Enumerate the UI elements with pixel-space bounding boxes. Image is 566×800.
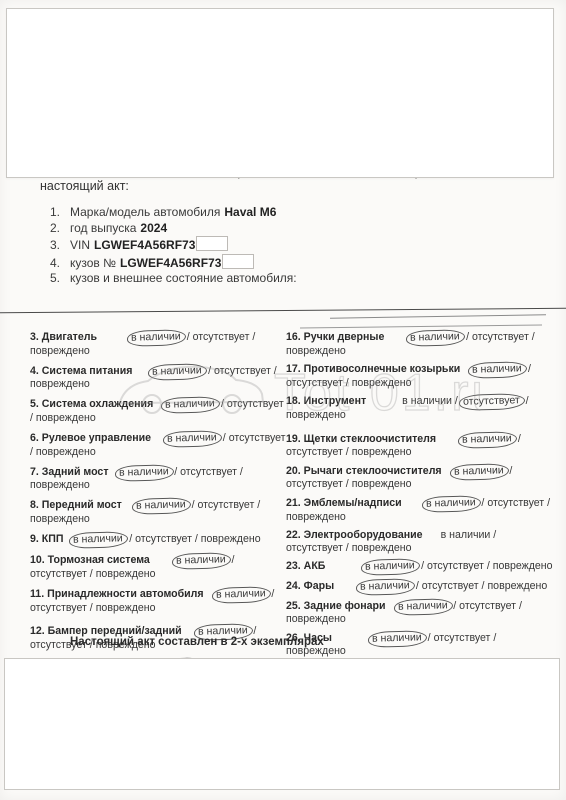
checklist-item-label: 9. КПП — [30, 533, 63, 545]
checklist-item: 17. Противосолнечные козырькив наличии /… — [286, 363, 554, 389]
option-separator: / — [87, 602, 96, 614]
checklist-item: 7. Задний моств наличии / отсутствует / … — [30, 466, 286, 492]
option-separator: / — [87, 568, 96, 580]
option-circled: в наличии — [69, 531, 128, 548]
checklist-item-label: 3. Двигатель — [30, 331, 97, 343]
redacted-inline-box — [222, 254, 254, 269]
checklist-item: 26. Часыв наличии / отсутствует / повреж… — [286, 632, 554, 658]
checklist-item-label: 8. Передний мост — [30, 499, 122, 511]
checklist-item-label: 24. Фары — [286, 580, 334, 592]
option-separator: / — [484, 560, 493, 572]
option-circled: в наличии — [114, 464, 173, 481]
option: повреждено — [352, 542, 412, 554]
option-separator: / — [343, 478, 352, 490]
option-separator: / — [343, 377, 352, 389]
option: повреждено — [36, 412, 96, 424]
option: отсутствует — [227, 398, 284, 410]
checklist-item: 23. АКБв наличии / отсутствует / поврежд… — [286, 560, 554, 574]
option: отсутствует — [197, 499, 254, 511]
info-item-value: 2024 — [140, 221, 167, 235]
option: в наличии — [402, 395, 452, 407]
info-item-label: кузов № — [70, 256, 116, 270]
option: повреждено — [352, 446, 412, 458]
option: повреждено — [30, 479, 90, 491]
option-circled: в наличии — [163, 430, 222, 447]
option-circled: в наличии — [406, 329, 465, 346]
option-circled: отсутствует — [459, 393, 525, 410]
checklist-item: 21. Эмблемы/надписив наличии / отсутству… — [286, 497, 554, 523]
checklist-options: в наличии / отсутствует / повреждено — [363, 560, 552, 572]
option-circled: в наличии — [449, 463, 508, 480]
checklist-item: 9. КППв наличии / отсутствует / поврежде… — [30, 533, 286, 547]
info-item-label: год выпуска — [70, 221, 136, 235]
option: повреждено — [30, 378, 90, 390]
checklist-item-label: 21. Эмблемы/надписи — [286, 497, 402, 509]
option: отсутствует — [286, 478, 343, 490]
option-separator: / — [192, 533, 201, 545]
option-circled: в наличии — [132, 498, 191, 515]
checklist-item: 18. Инструментв наличии / отсутствует / … — [286, 395, 554, 421]
option: повреждено — [201, 533, 261, 545]
checklist-item-label: 5. Система охлаждения — [30, 398, 153, 410]
option-separator: / — [544, 497, 550, 509]
checklist-item-label: 16. Ручки дверные — [286, 331, 384, 343]
option-circled: в наличии — [361, 558, 420, 575]
checklist-item: 6. Рулевое управлениев наличии / отсутст… — [30, 432, 286, 458]
option-separator: / — [254, 499, 260, 511]
info-item-number: 5. — [50, 271, 70, 287]
option: отсутствует — [472, 331, 529, 343]
option: в наличии — [441, 529, 491, 541]
info-item: 3.VINLGWEF4A56RF73 — [50, 236, 297, 254]
info-item-value: LGWEF4A56RF73 — [120, 256, 221, 270]
checklist-options: в наличии / отсутствует / повреждено — [71, 533, 260, 545]
option: отсутствует — [229, 432, 286, 444]
option: отсутствует — [193, 331, 250, 343]
section-divider-line-stroke-3 — [300, 325, 542, 329]
option: повреждено — [286, 613, 346, 625]
option: повреждено — [487, 580, 547, 592]
checklist-item-label: 11. Принадлежности автомобиля — [30, 588, 204, 600]
info-item: 5.кузов и внешнее состояние автомобиля: — [50, 271, 297, 287]
checklist-item-label: 6. Рулевое управление — [30, 432, 151, 444]
redacted-area-top — [6, 8, 554, 178]
option: повреждено — [36, 446, 96, 458]
option: отсутствует — [422, 580, 479, 592]
option-separator: / — [516, 600, 522, 612]
checklist-item-label: 19. Щетки стеклоочистителя — [286, 433, 436, 445]
option: повреждено — [286, 409, 346, 421]
checklist-item-label: 4. Система питания — [30, 365, 132, 377]
checklist-item: 16. Ручки дверныев наличии / отсутствует… — [286, 331, 554, 357]
option: отсутствует — [459, 600, 516, 612]
option-separator: / — [490, 632, 496, 644]
act-line: настоящий акт: — [40, 179, 129, 193]
option: отсутствует — [286, 377, 343, 389]
checklist-item-label: 18. Инструмент — [286, 395, 366, 407]
option: отсутствует — [214, 365, 271, 377]
checklist-item-label: 20. Рычаги стеклоочистителя — [286, 465, 442, 477]
checklist-item-label: 22. Электрооборудование — [286, 529, 423, 541]
option: повреждено — [30, 513, 90, 525]
info-item-number: 4. — [50, 256, 70, 272]
option-circled: в наличии — [458, 431, 517, 448]
redacted-area-bottom — [4, 658, 560, 790]
section-divider-line — [0, 308, 566, 314]
option-circled: в наличии — [468, 361, 527, 378]
option: повреждено — [96, 602, 156, 614]
info-item-label: VIN — [70, 238, 90, 252]
checklist-item: 8. Передний моств наличии / отсутствует … — [30, 499, 286, 525]
option-separator: / — [343, 446, 352, 458]
checklist-item-label: 7. Задний мост — [30, 466, 109, 478]
info-item-number: 3. — [50, 238, 70, 254]
option-separator: / — [529, 331, 535, 343]
option-circled: в наличии — [356, 578, 415, 595]
checklist-item: 20. Рычаги стеклоочистителяв наличии / о… — [286, 465, 554, 491]
info-item: 2.год выпуска2024 — [50, 221, 297, 237]
scanned-inspection-act-page: автомобиля, произвели совместный осмотр … — [0, 0, 566, 800]
checklist-item: 25. Задние фонарив наличии / отсутствует… — [286, 600, 554, 626]
option-circled: в наличии — [161, 397, 220, 414]
option-circled: в наличии — [393, 598, 452, 615]
redacted-inline-box — [196, 236, 228, 251]
option-circled: в наличии — [148, 363, 207, 380]
option: отсутствует — [30, 602, 87, 614]
checklist-item: 19. Щетки стеклоочистителяв наличии / от… — [286, 433, 554, 459]
info-item-label: Марка/модель автомобиля — [70, 205, 220, 219]
option: отсутствует — [427, 560, 484, 572]
checklist-item: 10. Тормозная системав наличии / отсутст… — [30, 554, 286, 580]
option: отсутствует — [286, 446, 343, 458]
option-circled: в наличии — [172, 552, 231, 569]
option: отсутствует — [434, 632, 491, 644]
option: отсутствует — [30, 568, 87, 580]
info-item-value: LGWEF4A56RF73 — [94, 238, 195, 252]
option-separator: / — [490, 529, 496, 541]
info-item-value: Haval M6 — [224, 205, 276, 219]
info-item-number: 2. — [50, 221, 70, 237]
option: отсутствует — [180, 466, 237, 478]
footer-note: Настоящий акт составлен в 2-х экземпляра… — [70, 636, 324, 648]
checklist-item-label: 17. Противосолнечные козырьки — [286, 363, 460, 375]
checklist-item: 24. Фарыв наличии / отсутствует / повреж… — [286, 580, 554, 594]
option-circled: в наличии — [127, 329, 186, 346]
option: повреждено — [30, 345, 90, 357]
checklist-options: в наличии / отсутствует / повреждено — [358, 580, 547, 592]
option-separator: / — [271, 365, 277, 377]
info-item: 4.кузов №LGWEF4A56RF73 — [50, 254, 297, 272]
option-circled: в наличии — [211, 586, 270, 603]
option: повреждено — [352, 377, 412, 389]
option: отсутствует — [487, 497, 544, 509]
checklist-item-label: 10. Тормозная система — [30, 554, 150, 566]
checklist-item-label: 25. Задние фонари — [286, 600, 386, 612]
checklist-item: 4. Система питанияв наличии / отсутствуе… — [30, 365, 286, 391]
option: повреждено — [286, 345, 346, 357]
info-item: 1.Марка/модель автомобиляHaval M6 — [50, 205, 297, 221]
info-item-number: 1. — [50, 205, 70, 221]
option-separator: / — [237, 466, 243, 478]
option-circled: в наличии — [421, 495, 480, 512]
checklist-item: 3. Двигательв наличии / отсутствует / по… — [30, 331, 286, 357]
option: отсутствует — [135, 533, 192, 545]
checklist-item: 5. Система охлажденияв наличии / отсутст… — [30, 398, 286, 424]
option: повреждено — [493, 560, 553, 572]
checklist-item: 22. Электрооборудованиев наличии / отсут… — [286, 529, 554, 554]
option-circled: в наличии — [368, 630, 427, 647]
option: повреждено — [96, 568, 156, 580]
section-divider-line-stroke-2 — [330, 314, 546, 318]
option-separator: / — [249, 331, 255, 343]
option-separator: / — [343, 542, 352, 554]
option: повреждено — [286, 511, 346, 523]
checklist-item: 11. Принадлежности автомобиляв наличии /… — [30, 588, 286, 614]
vehicle-info-list: 1.Марка/модель автомобиляHaval M62.год в… — [50, 205, 297, 287]
info-item-label: кузов и внешнее состояние автомобиля: — [70, 271, 297, 285]
checklist-item-label: 23. АКБ — [286, 560, 325, 572]
option: повреждено — [352, 478, 412, 490]
option: отсутствует — [286, 542, 343, 554]
